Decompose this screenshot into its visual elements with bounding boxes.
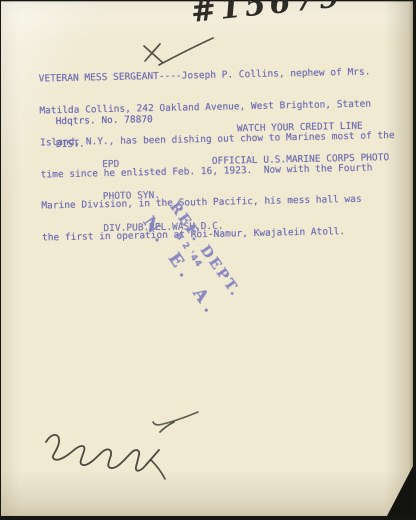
distribution-item: EPD xyxy=(102,158,222,171)
check-mark xyxy=(153,412,198,425)
caption-line-1: VETERAN MESS SERGEANT----Joseph P. Colli… xyxy=(39,67,394,85)
credit-line-block: WATCH YOUR CREDIT LINE OFFICIAL U.S.MARI… xyxy=(203,100,397,189)
handwritten-scribble-tail xyxy=(151,422,174,479)
distribution-label: DIST. xyxy=(56,140,87,257)
credit-line-2: OFFICIAL U.S.MARINE CORPS PHOTO xyxy=(204,153,396,168)
scan-corner-shadow xyxy=(387,466,413,516)
photo-paper: #15679 VETERAN MESS SERGEANT----Joseph P… xyxy=(1,1,413,516)
credit-line-1: WATCH YOUR CREDIT LINE xyxy=(204,121,396,136)
scanned-photo-back: #15679 VETERAN MESS SERGEANT----Joseph P… xyxy=(0,0,416,520)
typed-caption-block: VETERAN MESS SERGEANT----Joseph P. Colli… xyxy=(0,0,416,242)
scan-top-edge xyxy=(1,1,413,2)
handwritten-scribble xyxy=(46,435,159,471)
headquarters-number: Hdqtrs. No. 78870 xyxy=(56,115,153,128)
